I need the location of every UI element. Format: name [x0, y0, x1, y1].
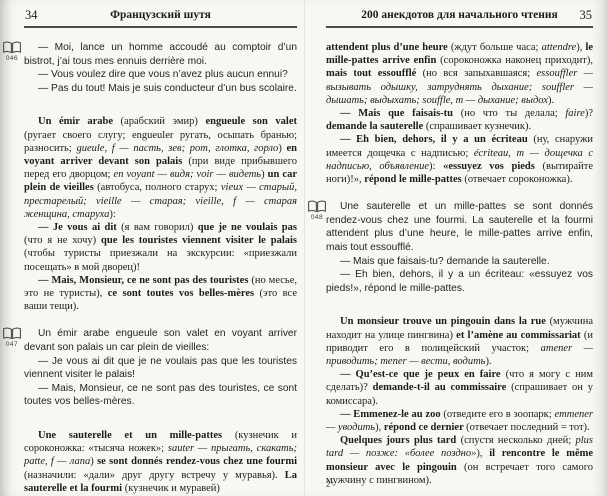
- translation-text: (я вам говорил): [121, 222, 198, 233]
- paragraph: — Eh bien, dehors, il y a un écriteau (н…: [326, 133, 593, 186]
- translation-text: (ждут больше часа;: [451, 42, 542, 53]
- right-page-body: attendent plus d’une heure (ждут больше …: [326, 41, 593, 487]
- paragraph: — Mais, Monsieur, ce ne sont pas des tou…: [24, 274, 297, 314]
- audio-track-number: 046: [1, 55, 23, 62]
- translation-text: ).: [485, 356, 491, 367]
- french-text: — Mais que faisais-tu: [340, 108, 461, 119]
- anecdote-block: Un monsieur trouve un pingouin dans la r…: [326, 315, 593, 487]
- audio-track-marker: 046: [1, 41, 23, 62]
- open-book-icon: [2, 41, 22, 54]
- signature-mark: 2*: [326, 480, 334, 489]
- french-text: Un monsieur trouve un pingouin dans la r…: [340, 316, 550, 327]
- translation-text: (спустя несколько дней;: [461, 435, 576, 446]
- right-page-header: 200 анекдотов для начального чтения 35: [326, 7, 593, 28]
- book-spread: 34 Французский шутя 046— Moi, lance un h…: [0, 0, 608, 496]
- paragraph: Quelques jours plus tard (спустя несколь…: [326, 434, 593, 487]
- french-text: Un émir arabe: [38, 116, 121, 127]
- translation-text: (назначили: «дали» друг другу встречу у …: [24, 470, 285, 481]
- paragraph: — Mais, Monsieur, ce ne sont pas des tou…: [24, 382, 297, 409]
- translation-text: Une sauterelle et un mille-pattes se son…: [326, 201, 593, 253]
- translation-text: ),: [476, 448, 489, 459]
- open-book-icon: [2, 327, 22, 340]
- running-title-left: Французский шутя: [110, 9, 211, 21]
- open-book-icon: [307, 200, 327, 213]
- left-page-body: 046— Moi, lance un homme accoudé au comp…: [24, 41, 297, 495]
- translation-text: — Mais, Monsieur, ce ne sont pas des tou…: [24, 383, 297, 408]
- audio-track-marker: 048: [306, 200, 328, 221]
- paragraph: — Qu’est-ce que je peux en faire (что я …: [326, 368, 593, 408]
- translation-text: (автобуса, полного старух;: [97, 182, 221, 193]
- paragraph: — Moi, lance un homme accoudé au comptoi…: [24, 41, 297, 68]
- paragraph: Un émir arabe (арабский эмир) engueule s…: [24, 115, 297, 221]
- french-text: Quelques jours plus tard: [340, 435, 461, 446]
- french-text: demande-t-il au commissaire: [373, 382, 511, 393]
- translation-text: (но что ты делала;: [461, 108, 566, 119]
- translation-text: — Je vous ai dit que je ne voulais pas q…: [24, 356, 297, 381]
- translation-text: )?: [585, 108, 593, 119]
- french-text: — Qu’est-ce que je peux en faire: [340, 369, 506, 380]
- translation-text: ):: [109, 209, 115, 220]
- paragraph: — Pas du tout! Mais je suis conducteur d…: [24, 82, 297, 96]
- dictionary-note: attendre: [542, 42, 577, 53]
- audio-track-marker: 047: [1, 327, 23, 348]
- paragraph: Un émir arabe engueule son valet en voya…: [24, 327, 297, 354]
- right-page: 200 анекдотов для начального чтения 35 a…: [304, 0, 608, 496]
- translation-text: — Moi, lance un homme accoudé au comptoi…: [24, 42, 297, 67]
- french-text: demande la sauterelle: [326, 121, 426, 132]
- paragraph: — Mais que faisais-tu? demande la sauter…: [326, 255, 593, 269]
- anecdote-block: 047Un émir arabe engueule son valet en v…: [24, 327, 297, 409]
- translation-text: — Pas du tout! Mais je suis conducteur d…: [38, 83, 297, 94]
- translation-text: (что я не хочу): [24, 235, 101, 246]
- translation-text: ).: [548, 95, 554, 106]
- anecdote-block: attendent plus d’une heure (ждут больше …: [326, 41, 593, 186]
- paragraph: — Mais que faisais-tu (но что ты делала;…: [326, 107, 593, 133]
- paragraph: — Vous voulez dire que vous n’avez plus …: [24, 68, 297, 82]
- page-number-right: 35: [580, 7, 593, 24]
- audio-track-number: 048: [306, 214, 328, 221]
- paragraph: attendent plus d’une heure (ждут больше …: [326, 41, 593, 107]
- translation-text: Un émir arabe engueule son valet en voya…: [24, 328, 297, 353]
- anecdote-block: 048Une sauterelle et un mille-pattes se …: [326, 200, 593, 295]
- dictionary-note: faire: [565, 108, 584, 119]
- translation-text: (отведите его в зоопарк;: [443, 409, 554, 420]
- french-text: engueule son valet: [205, 116, 297, 127]
- french-text: se sont donnés rendez-vous chez une four…: [97, 456, 297, 467]
- translation-text: (отвечает сороконожка).: [464, 174, 572, 185]
- translation-text: ):: [429, 161, 443, 172]
- french-text: Une sauterelle et un mille-pattes: [38, 430, 235, 441]
- left-page-header: 34 Французский шутя: [24, 7, 297, 28]
- french-text: «essuyez vos pieds: [443, 161, 542, 172]
- french-text: que les touristes viennent visiter le pa…: [101, 235, 297, 246]
- anecdote-block: Un émir arabe (арабский эмир) engueule s…: [24, 115, 297, 313]
- french-text: et l’amène au commissariat: [456, 330, 584, 341]
- french-text: — Je vous ai dit: [38, 222, 121, 233]
- translation-text: (сороконожка наконец приходит),: [440, 55, 593, 66]
- anecdote-block: 046— Moi, lance un homme accoudé au comp…: [24, 41, 297, 95]
- translation-text: (но вся запыхавшаяся;: [423, 68, 537, 79]
- translation-text: (спрашивает кузнечик).: [426, 121, 531, 132]
- paragraph: Une sauterelle et un mille-pattes se son…: [326, 200, 593, 254]
- anecdote-block: Une sauterelle et un mille-pattes (кузне…: [24, 429, 297, 495]
- french-text: répond ce dernier: [384, 422, 466, 433]
- translation-text: ),: [375, 422, 384, 433]
- audio-track-number: 047: [1, 341, 23, 348]
- paragraph: — Eh bien, dehors, il y a un écriteau: «…: [326, 268, 593, 295]
- page-number-left: 34: [25, 7, 38, 24]
- translation-text: (кузнечик и муравей): [125, 483, 220, 494]
- french-text: que je ne voulais pas: [198, 222, 297, 233]
- translation-text: — Mais que faisais-tu? demande la sauter…: [340, 256, 550, 267]
- translation-text: (чтобы туристы приезжали на экскурсии: «…: [24, 248, 297, 272]
- translation-text: — Eh bien, dehors, il y a un écriteau: «…: [326, 269, 593, 294]
- paragraph: Un monsieur trouve un pingouin dans la r…: [326, 315, 593, 368]
- translation-text: (отвечает последний = тот).: [466, 422, 590, 433]
- french-text: mais tout essoufflé: [326, 68, 423, 79]
- dictionary-note: gueule, f — пасть, зев; рот, глотка, гор…: [76, 143, 278, 154]
- translation-text: ): [261, 169, 268, 180]
- running-title-right: 200 анекдотов для начального чтения: [361, 9, 558, 21]
- french-text: répond le mille-pattes: [364, 174, 464, 185]
- left-page: 34 Французский шутя 046— Moi, lance un h…: [0, 0, 304, 496]
- paragraph: — Je vous ai dit (я вам говорил) que je …: [24, 221, 297, 274]
- paragraph: — Emmenez-le au zoo (отведите его в зооп…: [326, 408, 593, 434]
- french-text: attendent plus d’une heure: [326, 42, 451, 53]
- translation-text: — Vous voulez dire que vous n’avez plus …: [38, 69, 288, 80]
- french-text: ce sont toutes vos belles-mères: [108, 288, 260, 299]
- translation-text: (арабский эмир): [121, 116, 206, 127]
- paragraph: Une sauterelle et un mille-pattes (кузне…: [24, 429, 297, 495]
- translation-text: ): [278, 143, 286, 154]
- french-text: — Eh bien, dehors, il y a un écriteau: [340, 134, 533, 145]
- paragraph: — Je vous ai dit que je ne voulais pas q…: [24, 355, 297, 382]
- french-text: — Mais, Monsieur, ce ne sont pas des tou…: [38, 275, 251, 286]
- french-text: — Emmenez-le au zoo: [340, 409, 443, 420]
- dictionary-note: en voyant — видя; voir — видеть: [114, 169, 262, 180]
